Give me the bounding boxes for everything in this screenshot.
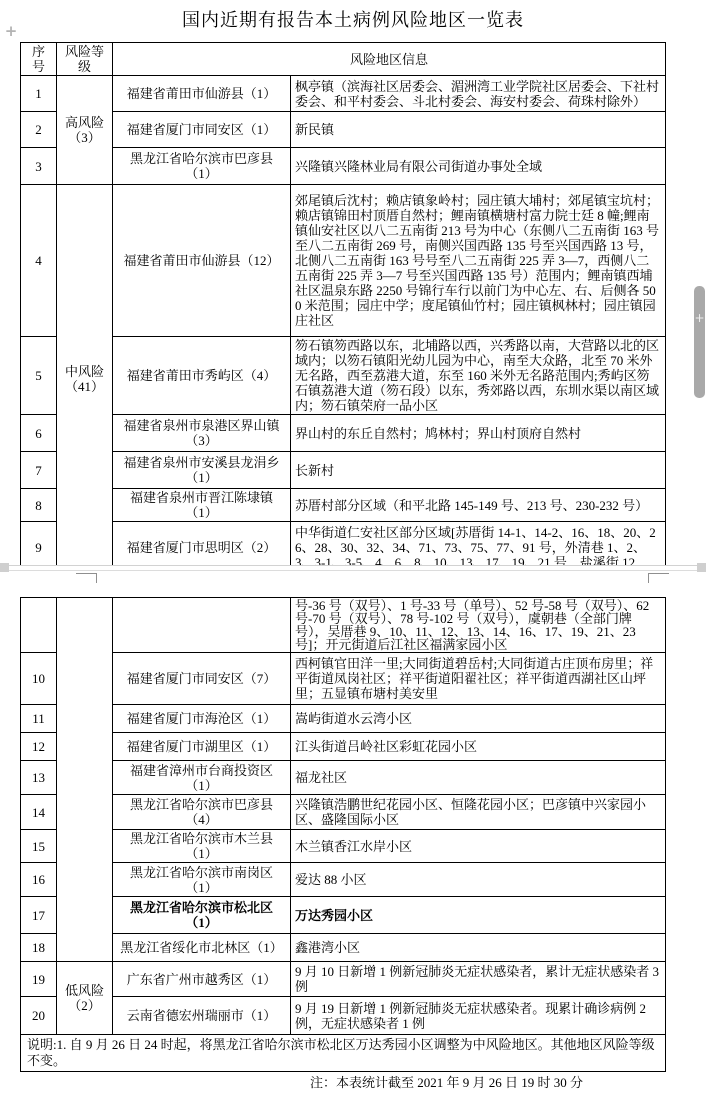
table-row: 5 福建省莆田市秀屿区（4） 笏石镇笏西路以东，北埔路以西，兴秀路以南，大营路以… xyxy=(21,337,666,415)
row-info: 福龙社区 xyxy=(291,761,666,795)
row-info: 中华街道仁安社区部分区域[苏厝街 14-1、14-2、16、18、20、26、2… xyxy=(291,522,666,567)
row-info: 苏厝村部分区域（和平北路 145-149 号、213 号、230-232 号） xyxy=(291,489,666,522)
row-place: 黑龙江省哈尔滨市木兰县（1） xyxy=(113,830,291,863)
row-seq: 16 xyxy=(21,863,57,897)
row-info: 9 月 10 日新增 1 例新冠肺炎无症状感染者，累计无症状感染者 3 例 xyxy=(291,962,666,997)
row-place: 福建省厦门市思明区（2） xyxy=(113,522,291,567)
table-row: 1 高风险（3） 福建省莆田市仙游县（1） 枫亭镇（滨海社区居委会、湄洲湾工业学… xyxy=(21,76,666,112)
row-seq xyxy=(21,598,57,653)
row-place: 黑龙江省哈尔滨市南岗区（1） xyxy=(113,863,291,897)
row-seq: 8 xyxy=(21,489,57,522)
row-seq: 9 xyxy=(21,522,57,567)
row-place: 福建省厦门市湖里区（1） xyxy=(113,733,291,761)
row-seq: 6 xyxy=(21,415,57,452)
row-place: 黑龙江省哈尔滨市巴彦县（1） xyxy=(113,148,291,185)
table-row: 12 福建省厦门市湖里区（1） 江头街道吕岭社区彩虹花园小区 xyxy=(21,733,666,761)
row-seq: 15 xyxy=(21,830,57,863)
table-row: 2 福建省厦门市同安区（1） 新民镇 xyxy=(21,112,666,148)
header-seq: 序号 xyxy=(21,43,57,76)
table-note: 说明:1. 自 9 月 26 日 24 时起，将黑龙江省哈尔滨市松北区万达秀园小… xyxy=(21,1035,666,1072)
row-seq: 12 xyxy=(21,733,57,761)
table-header-row: 序号 风险等级 风险地区信息 xyxy=(21,43,666,76)
row-place: 福建省泉州市泉港区界山镇（3） xyxy=(113,415,291,452)
table-row: 9 福建省厦门市思明区（2） 中华街道仁安社区部分区域[苏厝街 14-1、14-… xyxy=(21,522,666,567)
table-row: 16 黑龙江省哈尔滨市南岗区（1） 爱达 88 小区 xyxy=(21,863,666,897)
scrollbar-thumb[interactable]: + xyxy=(694,286,705,398)
risk-level-low: 低风险（2） xyxy=(57,962,113,1035)
row-place: 广东省广州市越秀区（1） xyxy=(113,962,291,997)
table-row: 4 中风险（41） 福建省莆田市仙游县（12） 郊尾镇后沈村；赖店镇象岭村；园庄… xyxy=(21,185,666,337)
table-note-row: 说明:1. 自 9 月 26 日 24 时起，将黑龙江省哈尔滨市松北区万达秀园小… xyxy=(21,1035,666,1072)
risk-level-medium-continued xyxy=(57,598,113,962)
row-seq: 20 xyxy=(21,997,57,1035)
row-place: 福建省莆田市秀屿区（4） xyxy=(113,337,291,415)
row-info: 界山村的东丘自然村；鸠林村；界山村顶府自然村 xyxy=(291,415,666,452)
row-place xyxy=(113,598,291,653)
row-seq: 2 xyxy=(21,112,57,148)
row-place: 福建省厦门市海沧区（1） xyxy=(113,705,291,733)
row-place: 黑龙江省哈尔滨市松北区（1） xyxy=(113,897,291,934)
header-info: 风险地区信息 xyxy=(113,43,666,76)
row-seq: 3 xyxy=(21,148,57,185)
row-place: 福建省泉州市晋江陈埭镇（1） xyxy=(113,489,291,522)
risk-level-medium: 中风险（41） xyxy=(57,185,113,567)
row-place: 福建省厦门市同安区（1） xyxy=(113,112,291,148)
row-seq: 14 xyxy=(21,795,57,830)
table-row: 19 低风险（2） 广东省广州市越秀区（1） 9 月 10 日新增 1 例新冠肺… xyxy=(21,962,666,997)
row-info: 爱达 88 小区 xyxy=(291,863,666,897)
row-seq: 11 xyxy=(21,705,57,733)
row-info: 兴隆镇兴隆林业局有限公司街道办事处全域 xyxy=(291,148,666,185)
row-info: 枫亭镇（滨海社区居委会、湄洲湾工业学院社区居委会、下社村委会、和平村委会、斗北村… xyxy=(291,76,666,112)
row-seq: 4 xyxy=(21,185,57,337)
risk-table-page-1: 序号 风险等级 风险地区信息 1 高风险（3） 福建省莆田市仙游县（1） 枫亭镇… xyxy=(20,42,670,566)
table-row: 13 福建省漳州市台商投资区（1） 福龙社区 xyxy=(21,761,666,795)
row-info: 郊尾镇后沈村；赖店镇象岭村；园庄镇大埔村；郊尾镇宝坑村；赖店镇锦田村顶厝自然村；… xyxy=(291,185,666,337)
row-seq: 7 xyxy=(21,452,57,489)
row-info: 鑫港湾小区 xyxy=(291,934,666,962)
row-seq: 13 xyxy=(21,761,57,795)
table-row: 8 福建省泉州市晋江陈埭镇（1） 苏厝村部分区域（和平北路 145-149 号、… xyxy=(21,489,666,522)
row-seq: 5 xyxy=(21,337,57,415)
row-seq: 1 xyxy=(21,76,57,112)
page-edge-tab xyxy=(0,563,9,572)
table-row: 20 云南省德宏州瑞丽市（1） 9 月 19 日新增 1 例新冠肺炎无症状感染者… xyxy=(21,997,666,1035)
page-title: 国内近期有报告本土病例风险地区一览表 xyxy=(0,6,706,32)
table-row-continuation: 号-36 号（双号）、1 号-33 号（单号）、52 号-58 号（双号）、62… xyxy=(21,598,666,653)
risk-table-page-2: 号-36 号（双号）、1 号-33 号（单号）、52 号-58 号（双号）、62… xyxy=(20,597,670,1072)
row-info: 兴隆镇浩鹏世纪花园小区、恒隆花园小区；巴彦镇中兴家园小区、盛隆国际小区 xyxy=(291,795,666,830)
statistics-cutoff-note: 注：本表统计截至 2021 年 9 月 26 日 19 时 30 分 xyxy=(310,1072,583,1091)
table-row: 18 黑龙江省绥化市北林区（1） 鑫港湾小区 xyxy=(21,934,666,962)
plus-icon: + xyxy=(694,312,705,324)
row-info: 9 月 19 日新增 1 例新冠肺炎无症状感染者。现累计确诊病例 2 例，无症状… xyxy=(291,997,666,1035)
table-move-handle-icon[interactable]: + xyxy=(4,24,18,38)
row-info: 嵩屿街道水云湾小区 xyxy=(291,705,666,733)
row-info: 号-36 号（双号）、1 号-33 号（单号）、52 号-58 号（双号）、62… xyxy=(291,598,666,653)
row-info: 万达秀园小区 xyxy=(291,897,666,934)
table-row: 15 黑龙江省哈尔滨市木兰县（1） 木兰镇香江水岸小区 xyxy=(21,830,666,863)
risk-level-high: 高风险（3） xyxy=(57,76,113,185)
row-info: 木兰镇香江水岸小区 xyxy=(291,830,666,863)
table-row: 6 福建省泉州市泉港区界山镇（3） 界山村的东丘自然村；鸠林村；界山村顶府自然村 xyxy=(21,415,666,452)
page-edge-tab xyxy=(697,563,706,572)
row-place: 福建省莆田市仙游县（12） xyxy=(113,185,291,337)
row-info: 江头街道吕岭社区彩虹花园小区 xyxy=(291,733,666,761)
row-seq: 19 xyxy=(21,962,57,997)
row-info: 新民镇 xyxy=(291,112,666,148)
row-place: 福建省漳州市台商投资区（1） xyxy=(113,761,291,795)
row-seq: 18 xyxy=(21,934,57,962)
table-row: 14 黑龙江省哈尔滨市巴彦县（4） 兴隆镇浩鹏世纪花园小区、恒隆花园小区；巴彦镇… xyxy=(21,795,666,830)
table-row: 7 福建省泉州市安溪县龙涓乡（1） 长新村 xyxy=(21,452,666,489)
row-place: 福建省莆田市仙游县（1） xyxy=(113,76,291,112)
table-row-highlighted: 17 黑龙江省哈尔滨市松北区（1） 万达秀园小区 xyxy=(21,897,666,934)
row-seq: 17 xyxy=(21,897,57,934)
page-corner-mark xyxy=(648,573,669,583)
page-break-line xyxy=(0,570,706,571)
row-place: 云南省德宏州瑞丽市（1） xyxy=(113,997,291,1035)
row-place: 黑龙江省哈尔滨市巴彦县（4） xyxy=(113,795,291,830)
table-row: 3 黑龙江省哈尔滨市巴彦县（1） 兴隆镇兴隆林业局有限公司街道办事处全域 xyxy=(21,148,666,185)
page-break-line xyxy=(0,565,706,566)
row-info: 笏石镇笏西路以东，北埔路以西，兴秀路以南，大营路以北的区域内；以笏石镇阳光幼儿园… xyxy=(291,337,666,415)
row-place: 福建省泉州市安溪县龙涓乡（1） xyxy=(113,452,291,489)
table-row: 10 福建省厦门市同安区（7） 西柯镇官田洋一里;大同街道碧岳村;大同街道古庄顶… xyxy=(21,653,666,705)
row-place: 福建省厦门市同安区（7） xyxy=(113,653,291,705)
row-info: 长新村 xyxy=(291,452,666,489)
row-info: 西柯镇官田洋一里;大同街道碧岳村;大同街道古庄顶布房里；祥平街道凤岗社区；祥平街… xyxy=(291,653,666,705)
table-row: 11 福建省厦门市海沧区（1） 嵩屿街道水云湾小区 xyxy=(21,705,666,733)
row-seq: 10 xyxy=(21,653,57,705)
page-corner-mark xyxy=(76,573,97,583)
header-level: 风险等级 xyxy=(57,43,113,76)
row-place: 黑龙江省绥化市北林区（1） xyxy=(113,934,291,962)
